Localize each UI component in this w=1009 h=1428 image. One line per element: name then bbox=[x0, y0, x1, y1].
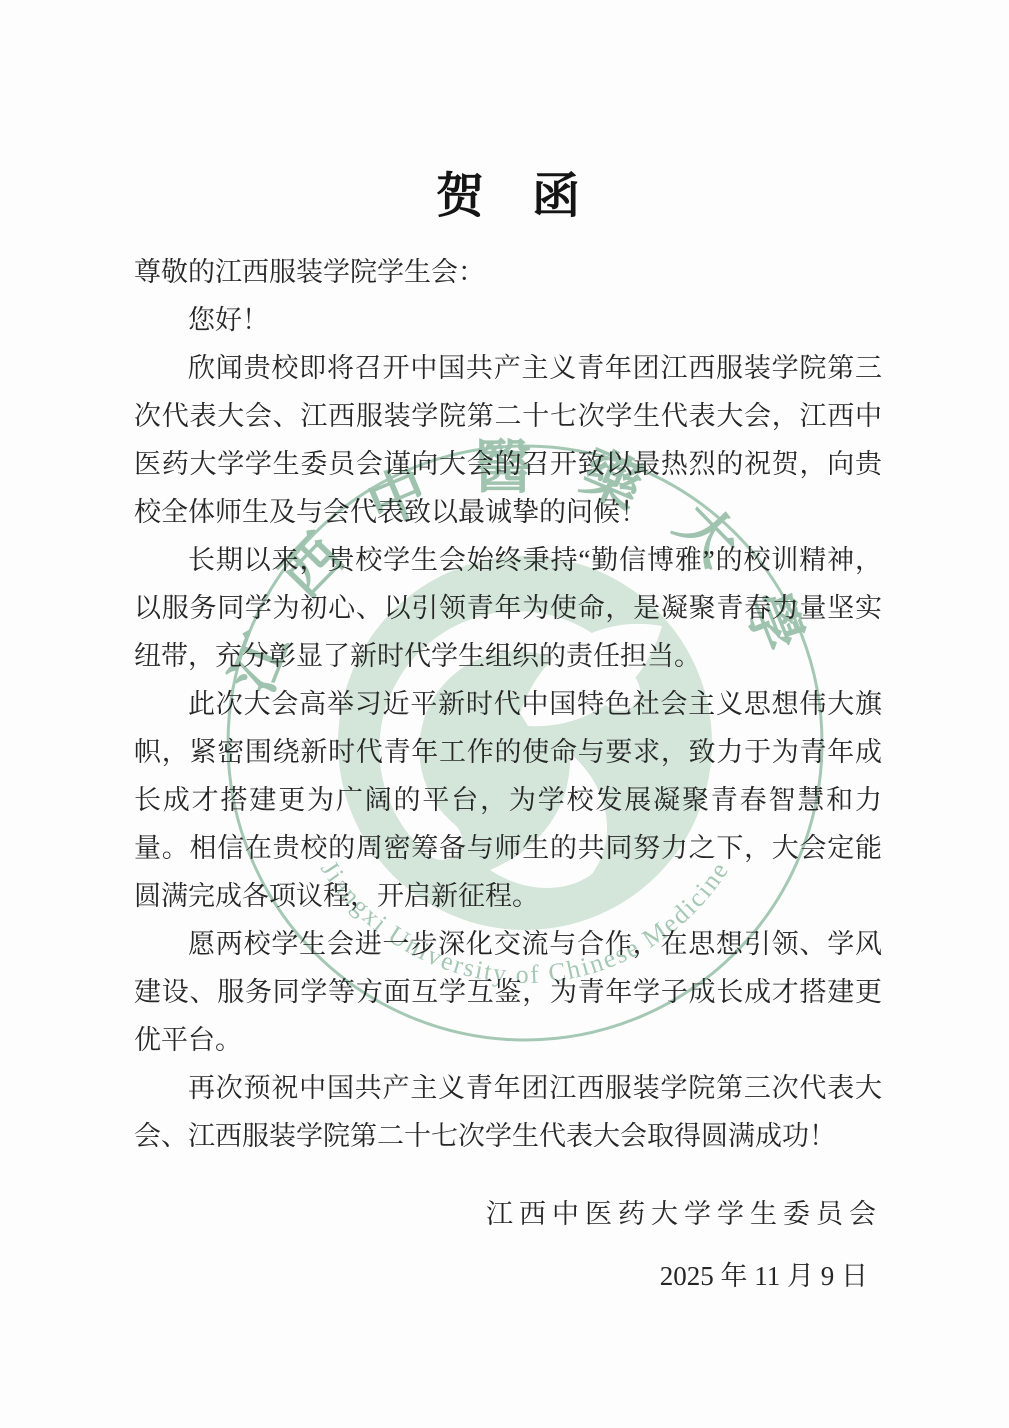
letter-paragraph: 愿两校学生会进一步深化交流与合作，在思想引领、学风建设、服务同学等方面互学互鉴，… bbox=[134, 920, 882, 1064]
letter-page: 江西中醫藥大學 Jiangxi University of Chinese Me… bbox=[0, 0, 1009, 1428]
letter-paragraph: 长期以来，贵校学生会始终秉持“勤信博雅”的校训精神，以服务同学为初心、以引领青年… bbox=[134, 536, 882, 680]
date-line: 2025 年 11 月 9 日 bbox=[134, 1252, 882, 1300]
letter-paragraph: 欣闻贵校即将召开中国共产主义青年团江西服装学院第三次代表大会、江西服装学院第二十… bbox=[134, 344, 882, 536]
letter-title: 贺 函 bbox=[134, 166, 882, 228]
signature-line: 江西中医药大学学生委员会 bbox=[134, 1190, 882, 1238]
letter-paragraphs: 欣闻贵校即将召开中国共产主义青年团江西服装学院第三次代表大会、江西服装学院第二十… bbox=[134, 344, 882, 1160]
letter-body: 您好！ 欣闻贵校即将召开中国共产主义青年团江西服装学院第三次代表大会、江西服装学… bbox=[134, 296, 882, 1160]
letter-paragraph: 再次预祝中国共产主义青年团江西服装学院第三次代表大会、江西服装学院第二十七次学生… bbox=[134, 1064, 882, 1160]
letter-paragraph: 此次大会高举习近平新时代中国特色社会主义思想伟大旗帜，紧密围绕新时代青年工作的使… bbox=[134, 680, 882, 920]
letter-greeting: 您好！ bbox=[134, 296, 882, 344]
letter-salutation: 尊敬的江西服装学院学生会： bbox=[134, 248, 882, 296]
letter-content: 贺 函 尊敬的江西服装学院学生会： 您好！ 欣闻贵校即将召开中国共产主义青年团江… bbox=[134, 166, 882, 1300]
